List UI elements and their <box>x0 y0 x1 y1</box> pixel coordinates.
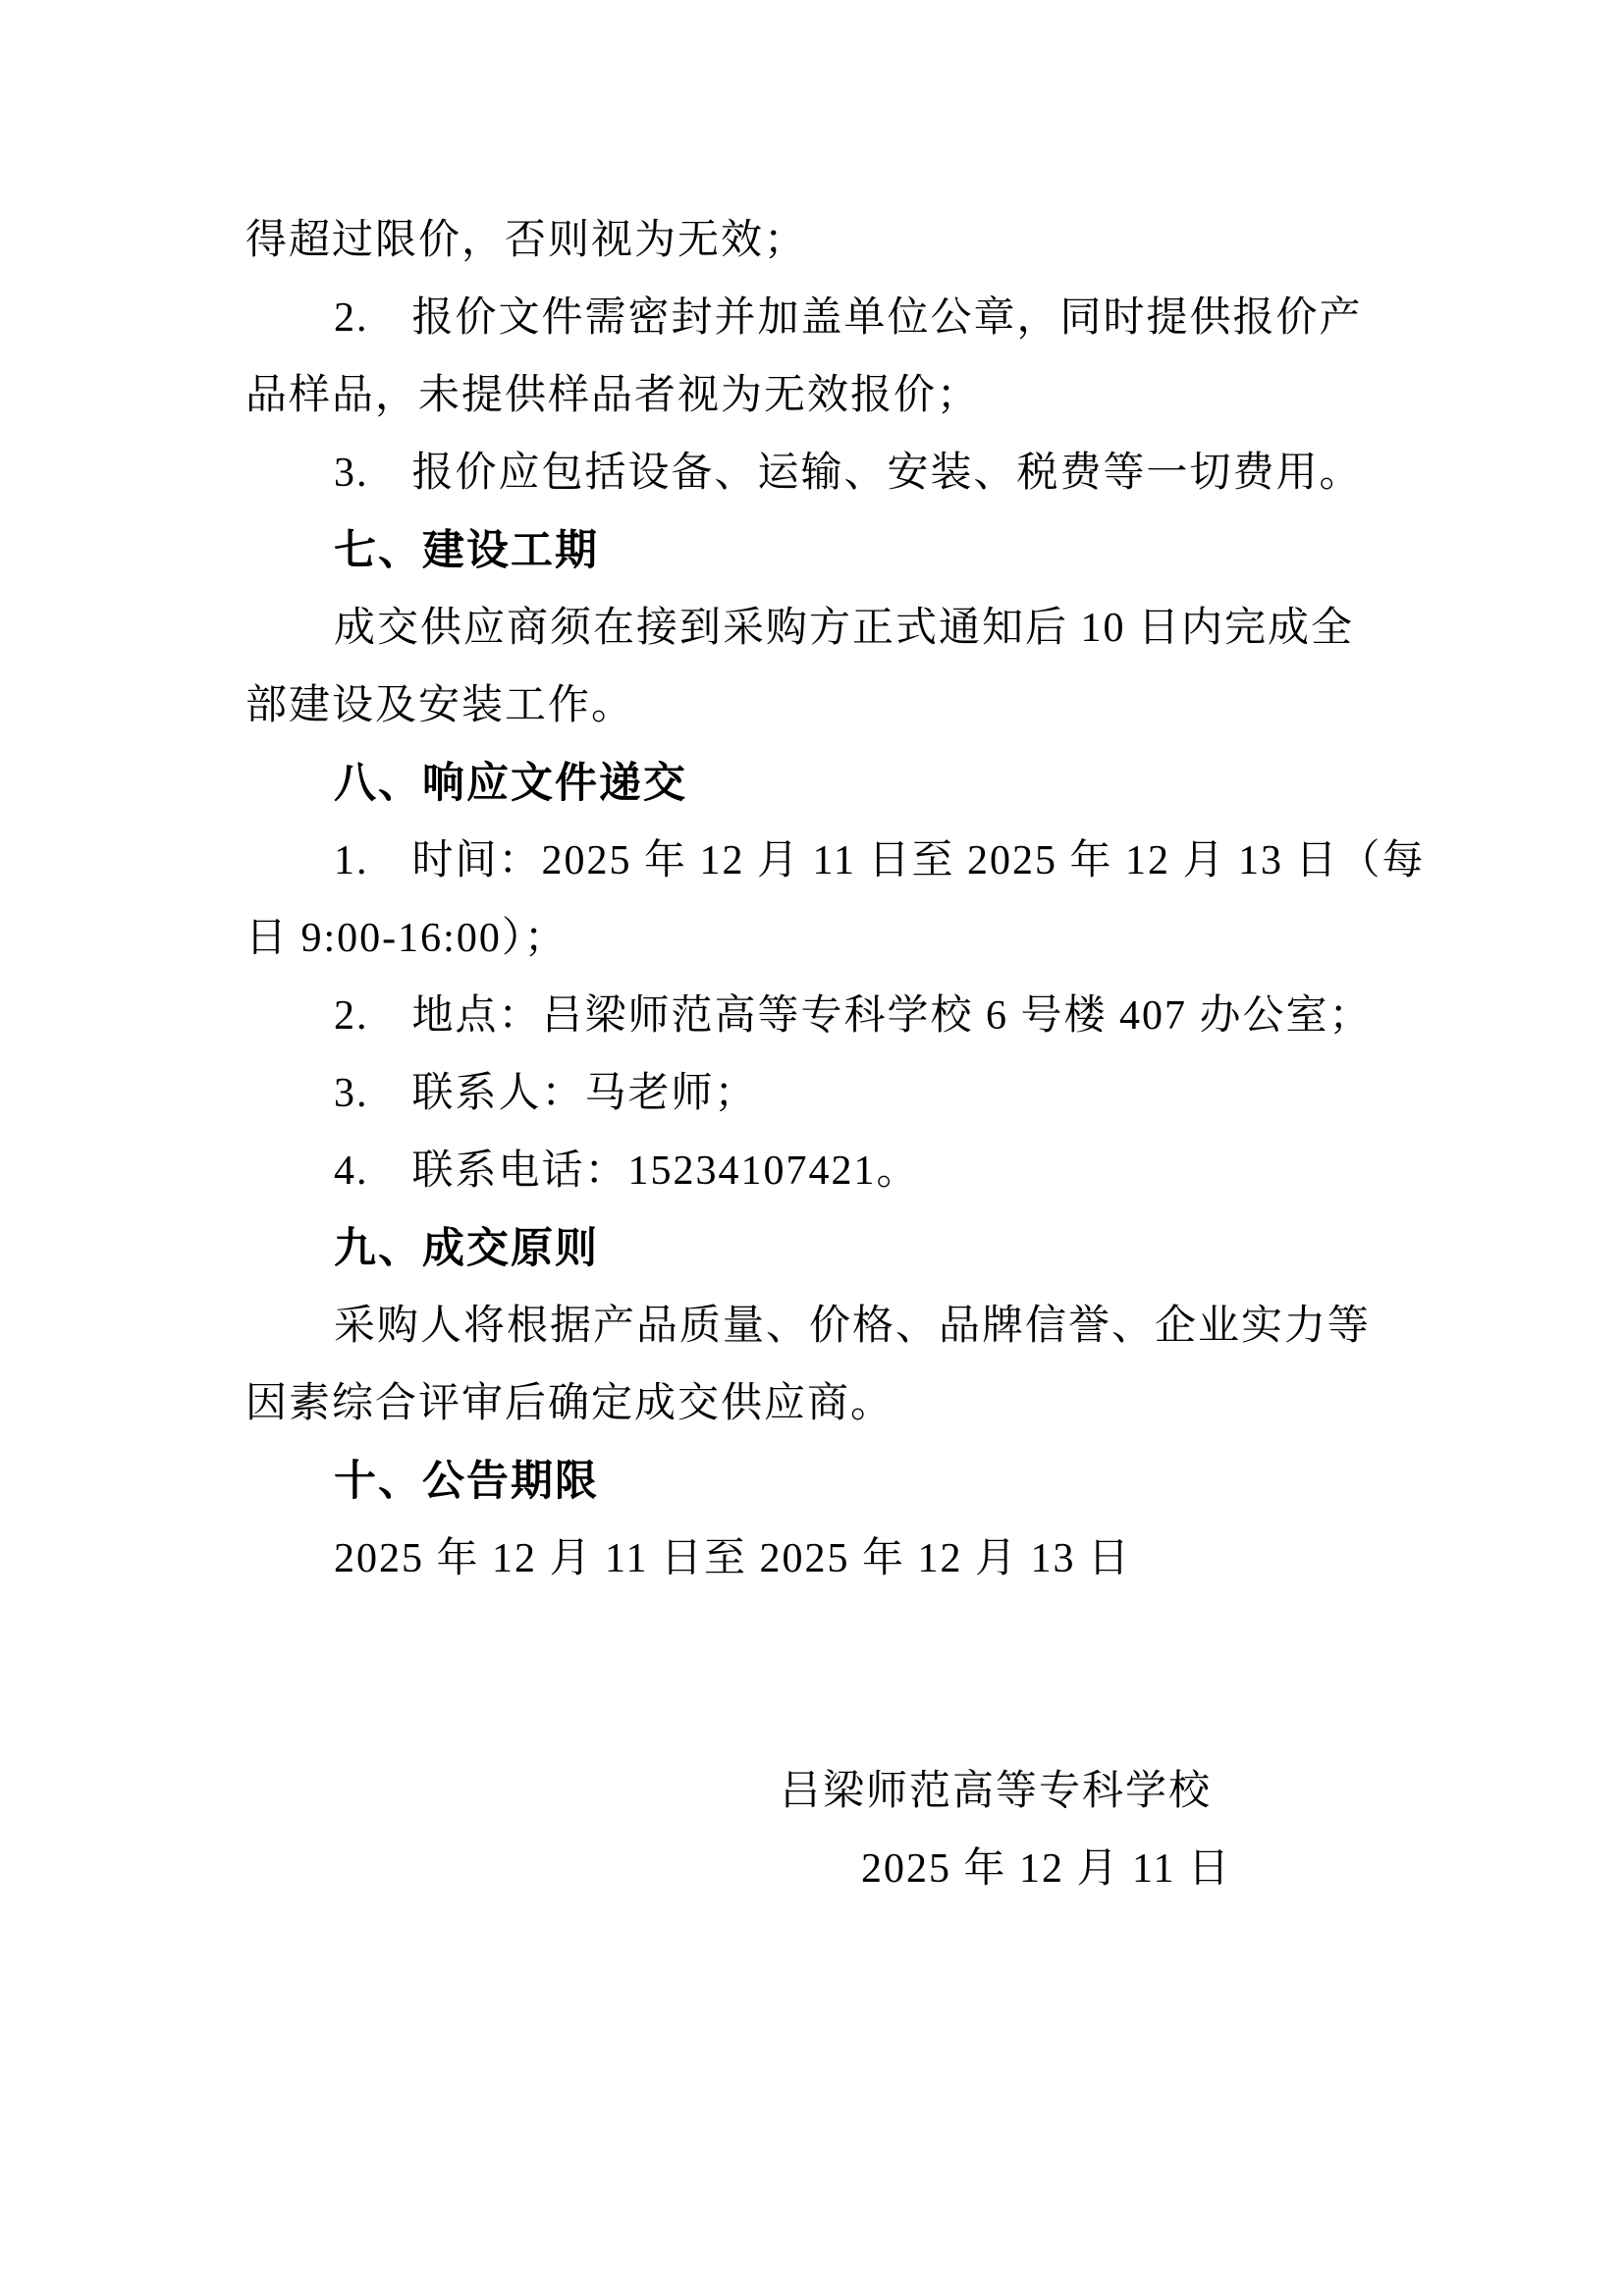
blank-line <box>245 1676 1384 1753</box>
body-line-place: 2. 地点：吕梁师范高等专科学校 6 号楼 407 办公室； <box>245 978 1384 1055</box>
body-line: 成交供应商须在接到采购方正式通知后 10 日内完成全 <box>245 590 1384 667</box>
body-line: 日 9:00-16:00）； <box>245 900 1384 978</box>
heading-section-7: 七、建设工期 <box>245 512 1384 590</box>
body-line-item-3: 3. 报价应包括设备、运输、安装、税费等一切费用。 <box>245 435 1384 512</box>
heading-section-9: 九、成交原则 <box>245 1210 1384 1288</box>
body-line: 得超过限价，否则视为无效； <box>245 202 1384 280</box>
body-line-phone: 4. 联系电话：15234107421。 <box>245 1133 1384 1210</box>
document-body: 得超过限价，否则视为无效； 2. 报价文件需密封并加盖单位公章，同时提供报价产 … <box>245 202 1384 1908</box>
body-line: 部建设及安装工作。 <box>245 667 1384 745</box>
signature-org: 吕梁师范高等专科学校 <box>245 1753 1384 1831</box>
body-line: 因素综合评审后确定成交供应商。 <box>245 1365 1384 1443</box>
document-page: 得超过限价，否则视为无效； 2. 报价文件需密封并加盖单位公章，同时提供报价产 … <box>0 0 1624 2296</box>
signature-date: 2025 年 12 月 11 日 <box>245 1831 1384 1908</box>
body-line: 品样品，未提供样品者视为无效报价； <box>245 357 1384 435</box>
body-line-time: 1. 时间：2025 年 12 月 11 日至 2025 年 12 月 13 日… <box>245 823 1384 900</box>
heading-section-8: 八、响应文件递交 <box>245 745 1384 823</box>
body-line-contact: 3. 联系人：马老师； <box>245 1055 1384 1133</box>
heading-section-10: 十、公告期限 <box>245 1443 1384 1521</box>
body-line-item-2: 2. 报价文件需密封并加盖单位公章，同时提供报价产 <box>245 280 1384 357</box>
body-line: 采购人将根据产品质量、价格、品牌信誉、企业实力等 <box>245 1288 1384 1365</box>
body-line-period: 2025 年 12 月 11 日至 2025 年 12 月 13 日 <box>245 1521 1384 1598</box>
blank-line <box>245 1598 1384 1676</box>
